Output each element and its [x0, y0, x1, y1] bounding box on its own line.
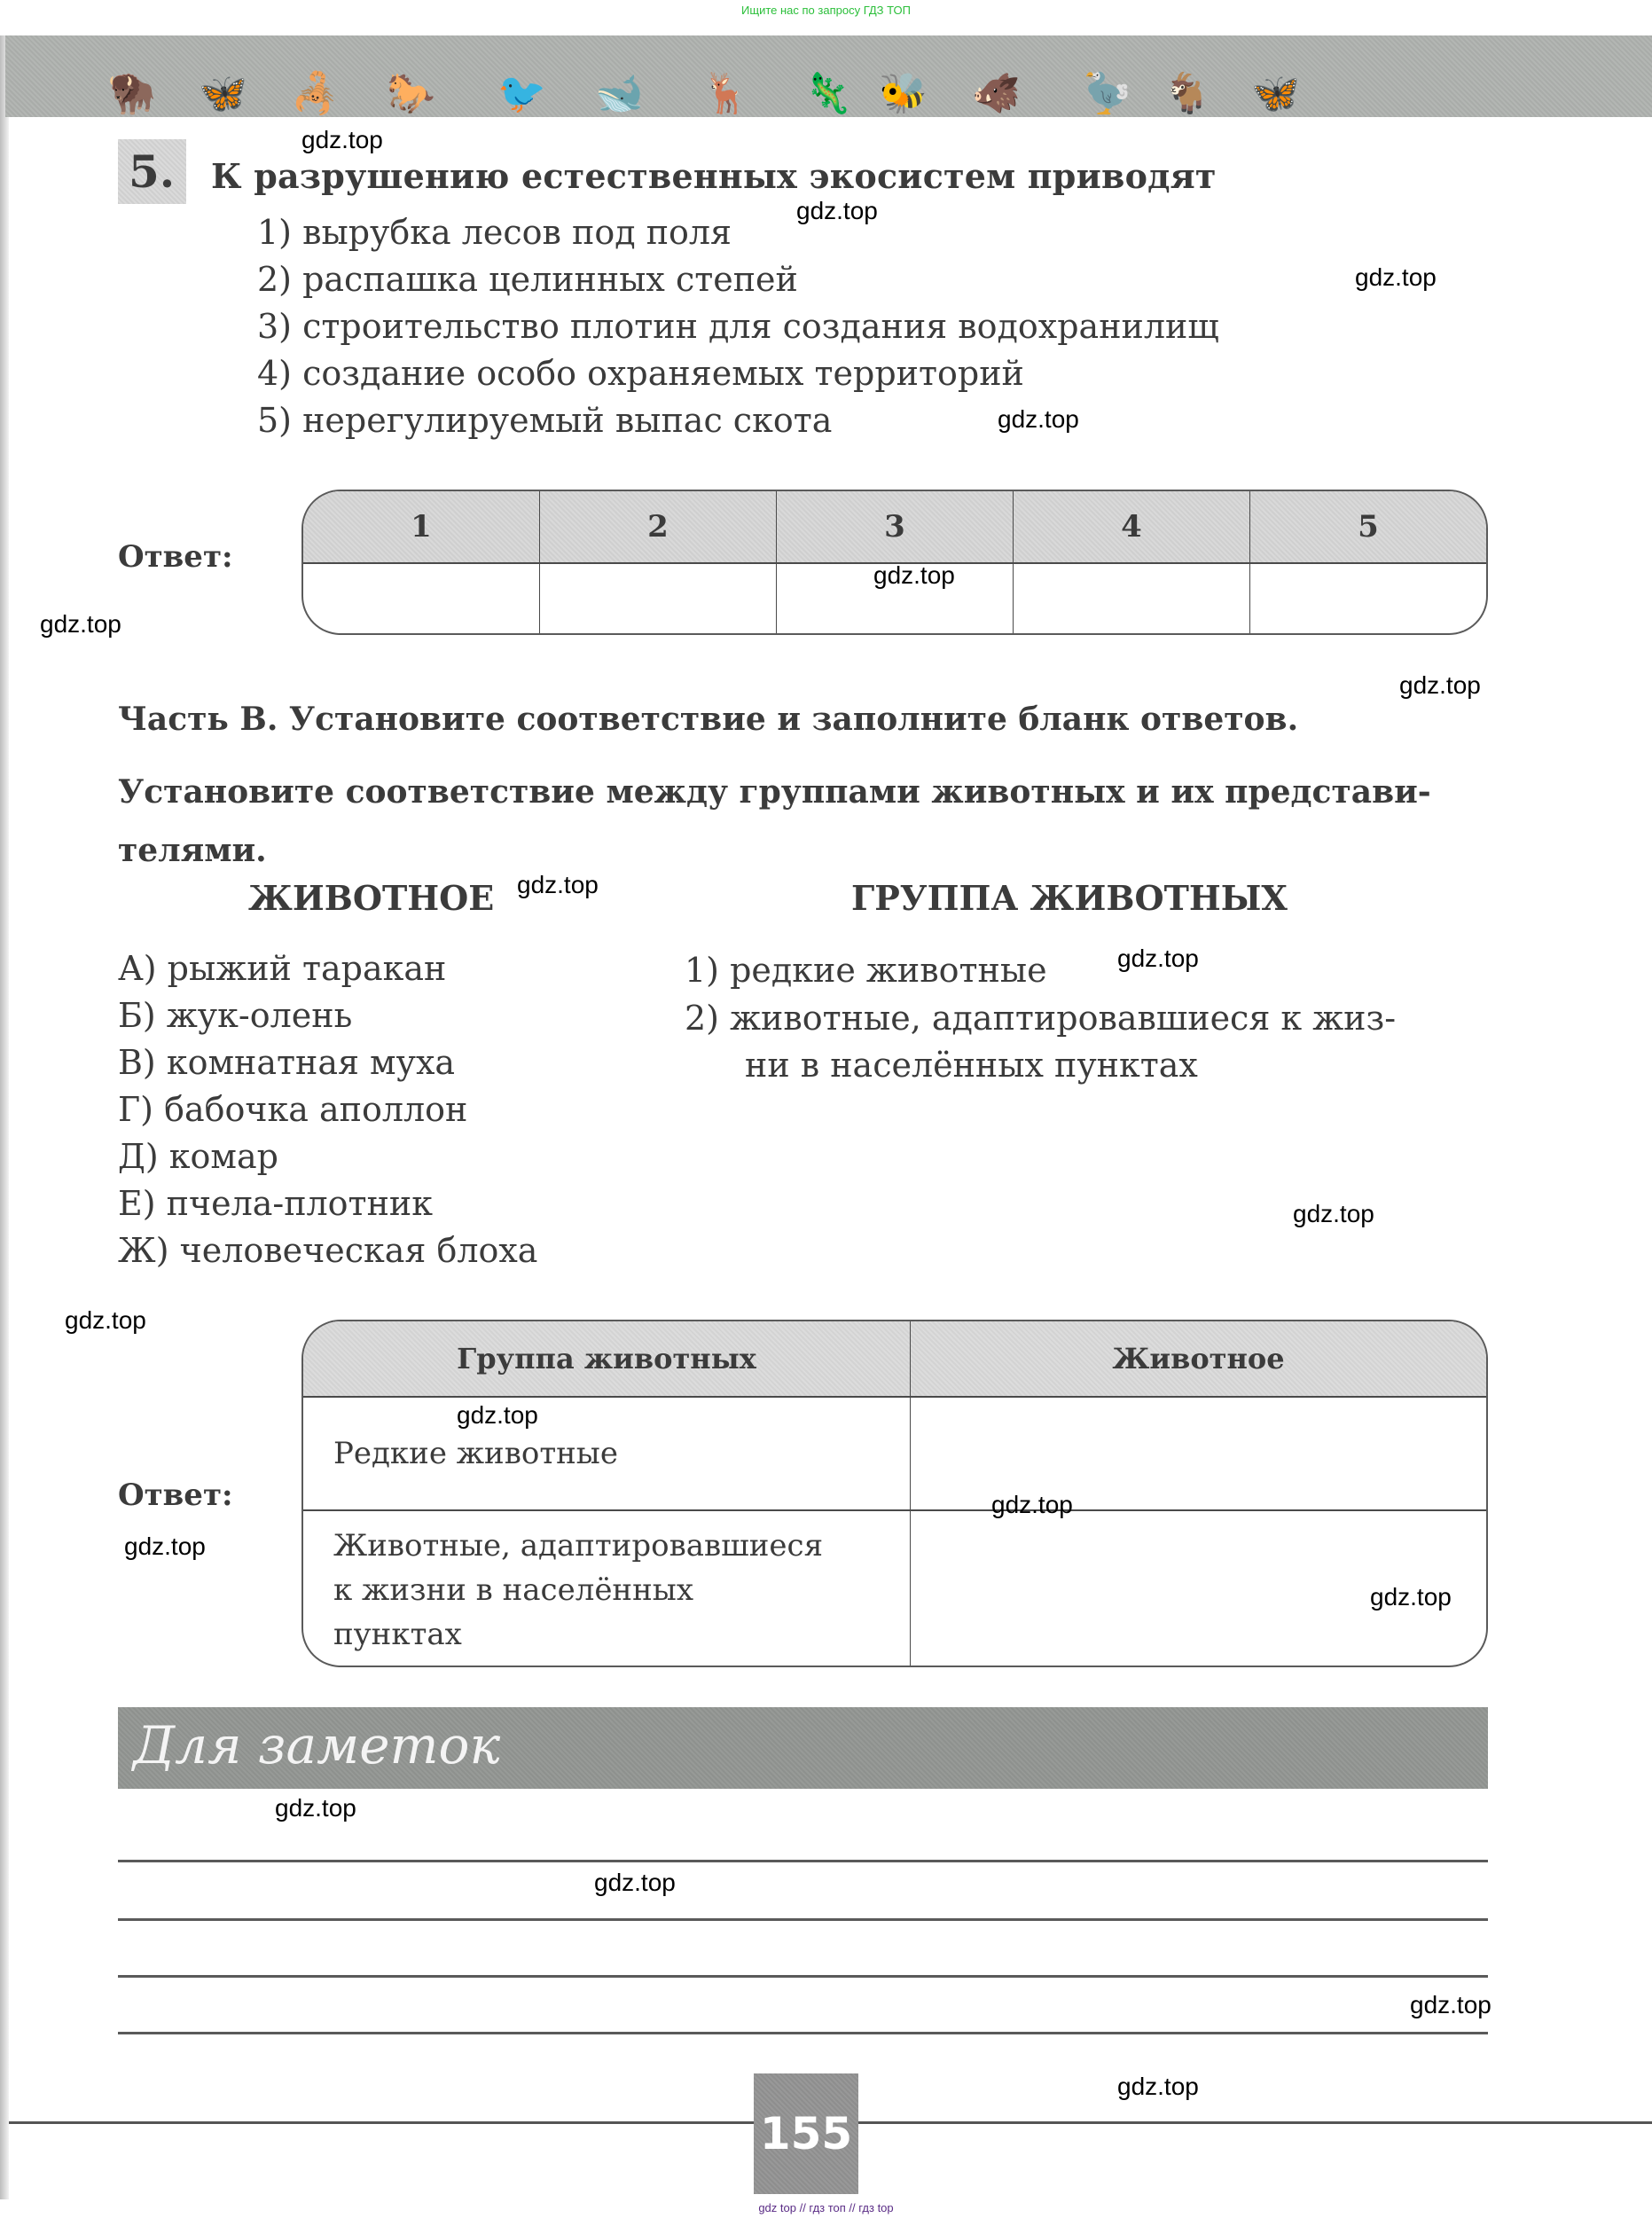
option-3: 3) строительство плотин для создания вод… [257, 307, 1219, 346]
option-1: 1) вырубка лесов под поля [257, 213, 732, 252]
column-heading-animal: ЖИВОТНОЕ [248, 878, 494, 918]
answer-table-header: 1 2 3 4 5 [303, 491, 1486, 564]
answer-col-3: 3 [777, 491, 1014, 562]
insect-icon: 🐝 [879, 74, 928, 114]
group-item: 2) животные, адаптировавшиеся к жиз- [685, 995, 1500, 1041]
group-cell-line: Животные, адаптировавшиеся [333, 1524, 823, 1568]
note-line[interactable] [118, 1975, 1488, 1978]
watermark: gdz.top [998, 405, 1079, 434]
watermark: gdz.top [991, 1491, 1073, 1519]
notes-title: Для заметок [133, 1715, 500, 1775]
answer-label: Ответ: [118, 539, 233, 575]
question-title: К разрушению естественных экосистем прив… [211, 156, 1217, 196]
answer-cell-2[interactable] [540, 564, 777, 635]
group-cell-line: пунктах [333, 1612, 823, 1657]
column-heading-group: ГРУППА ЖИВОТНЫХ [851, 878, 1288, 918]
deer-icon: 🦌 [701, 74, 750, 114]
watermark: gdz.top [594, 1869, 676, 1897]
watermark: gdz.top [1355, 263, 1437, 292]
watermark: gdz.top [796, 197, 878, 225]
watermark: gdz.top [124, 1532, 206, 1561]
whale-icon: 🐋 [595, 74, 644, 114]
header-banner: 🦬 🦋 🦂 🐎 🐦 🐋 🦌 🦎 🐝 🐗 🦤 🐐 🦋 [5, 35, 1652, 117]
instruction-line-2: телями. [118, 821, 1501, 880]
group-cell: Редкие животные [303, 1398, 911, 1509]
answer-col-4: 4 [1014, 491, 1250, 562]
answer-cell-4[interactable] [1014, 564, 1250, 635]
page-edge-shadow [0, 35, 9, 2199]
seahorse-icon: 🦎 [803, 74, 852, 114]
bird-icon: 🐦 [497, 74, 546, 114]
part-b-heading: Часть В. Установите соответствие и запол… [118, 701, 1298, 738]
answer-cell-1[interactable] [303, 564, 540, 635]
watermark: gdz.top [1410, 1991, 1491, 2019]
animal-item: Д) комар [118, 1137, 278, 1176]
question-number-badge: 5. [118, 139, 186, 204]
watermark: gdz.top [301, 126, 383, 154]
note-line[interactable] [118, 1918, 1488, 1921]
watermark: gdz.top [1399, 671, 1481, 700]
butterfly-icon: 🦋 [1251, 74, 1300, 114]
answer-col-1: 1 [303, 491, 540, 562]
butterfly-icon: 🦋 [199, 74, 247, 114]
animal-item: Е) пчела-плотник [118, 1184, 433, 1223]
group-cell: Животные, адаптировавшиеся к жизни в нас… [303, 1511, 911, 1667]
watermark: gdz.top [275, 1794, 356, 1822]
option-2: 2) распашка целинных степей [257, 260, 798, 299]
group-cell-line: к жизни в населённых [333, 1568, 823, 1612]
option-5: 5) нерегулируемый выпас скота [257, 401, 832, 440]
watermark: gdz.top [40, 610, 121, 639]
note-line[interactable] [118, 2032, 1488, 2034]
animal-item: А) рыжий таракан [118, 949, 446, 988]
answer-col-5: 5 [1250, 491, 1486, 562]
page-number: 155 [754, 2073, 858, 2194]
watermark: gdz.top [873, 561, 955, 590]
table-row: Животные, адаптировавшиеся к жизни в нас… [303, 1511, 1486, 1667]
answer-cell-5[interactable] [1250, 564, 1486, 635]
watermark: gdz.top [1117, 2073, 1199, 2101]
answer-label: Ответ: [118, 1477, 233, 1513]
group-item-continued: ни в населённых пунктах [745, 1042, 1561, 1088]
ostrich-icon: 🦤 [1083, 74, 1131, 114]
answer-col-2: 2 [540, 491, 777, 562]
animal-item: Ж) человеческая блоха [118, 1231, 537, 1270]
watermark: gdz.top [1293, 1200, 1374, 1228]
header-animal: Животное [911, 1321, 1486, 1396]
watermark: gdz.top [457, 1401, 538, 1430]
watermark: gdz.top [1370, 1583, 1452, 1611]
note-line[interactable] [118, 1860, 1488, 1862]
bison-icon: 🦬 [107, 74, 156, 114]
horse-icon: 🐎 [387, 74, 435, 114]
watermark: gdz.top [1117, 944, 1199, 973]
answer-table-part-b: Группа животных Животное Редкие животные… [301, 1320, 1488, 1667]
animal-item: Г) бабочка аполлон [118, 1090, 467, 1129]
watermark: gdz.top [517, 871, 599, 899]
watermark: gdz.top [65, 1306, 146, 1335]
antelope-icon: 🐐 [1163, 74, 1211, 114]
group-item: 1) редкие животные [685, 947, 1500, 993]
option-4: 4) создание особо охраняемых территорий [257, 354, 1024, 393]
search-hint: Ищите нас по запросу ГДЗ ТОП [0, 4, 1652, 17]
instruction-line-1: Установите соответствие между группами ж… [118, 763, 1501, 821]
part-b-instruction: Установите соответствие между группами ж… [118, 763, 1501, 880]
animal-item: В) комнатная муха [118, 1043, 455, 1082]
animal-item: Б) жук-олень [118, 996, 352, 1035]
scorpion-icon: 🦂 [291, 74, 340, 114]
header-group: Группа животных [303, 1321, 911, 1396]
bottom-note: gdz top // гдз топ // гдз top [0, 2201, 1652, 2214]
answer-table-header: Группа животных Животное [303, 1321, 1486, 1398]
boar-icon: 🐗 [972, 74, 1021, 114]
